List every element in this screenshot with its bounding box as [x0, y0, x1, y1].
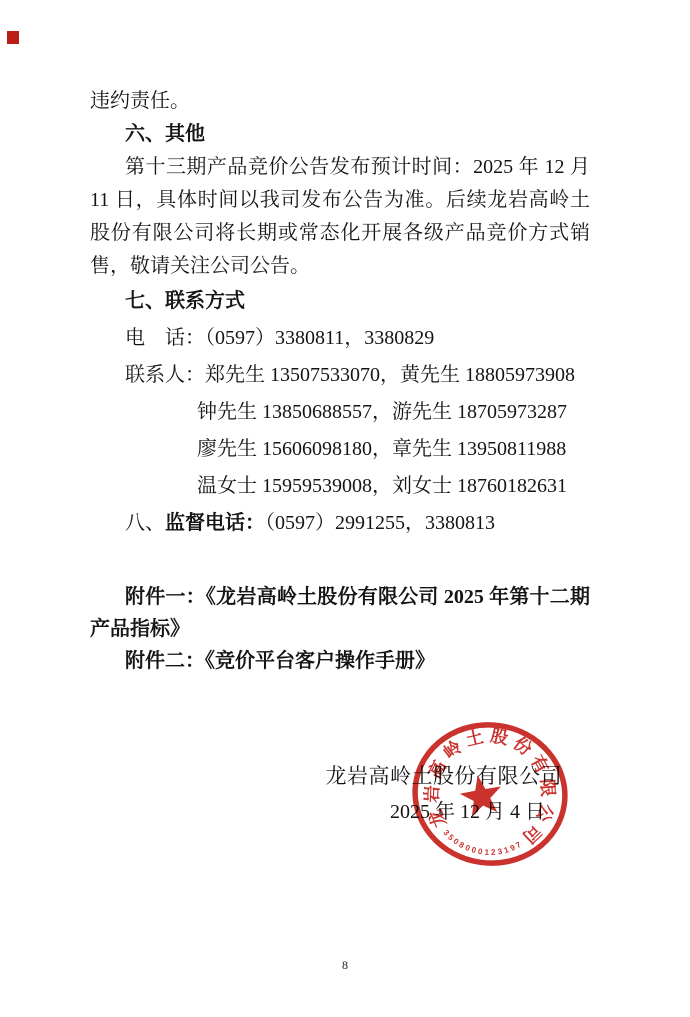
- document-page: 违约责任。 六、其他 第十三期产品竞价公告发布预计时间：2025 年 12 月 …: [0, 0, 690, 1017]
- contact-line-1: 联系人：郑先生 13507533070，黄先生 18805973908: [90, 357, 590, 394]
- attachment-one: 附件一：《龙岩高岭土股份有限公司 2025 年第十二期产品指标》: [90, 581, 590, 645]
- seal-serial-number: 3508000123197: [439, 827, 526, 862]
- contact-line-2: 钟先生 13850688557，游先生 18705973287: [90, 394, 590, 431]
- section-eight-prefix: 八、: [125, 512, 165, 534]
- company-seal: 龙岩高岭土股份有限公司 3508000123197: [410, 720, 570, 872]
- contact-line-3: 廖先生 15606098180，章先生 13950811988: [90, 431, 590, 468]
- section-eight-numbers: （0597）2991255，3380813: [265, 512, 495, 534]
- section-eight-label: 监督电话：: [165, 512, 265, 534]
- supervision-phone-line: 八、监督电话：（0597）2991255，3380813: [90, 505, 590, 542]
- document-body: 违约责任。 六、其他 第十三期产品竞价公告发布预计时间：2025 年 12 月 …: [90, 85, 590, 677]
- attachments-block: 附件一：《龙岩高岭土股份有限公司 2025 年第十二期产品指标》 附件二：《竞价…: [90, 581, 590, 677]
- attachment-two: 附件二：《竞价平台客户操作手册》: [90, 645, 590, 677]
- seal-star-icon: [457, 772, 505, 818]
- svg-text:3508000123197: 3508000123197: [439, 827, 526, 862]
- red-corner-mark: [7, 31, 19, 44]
- page-number: 8: [0, 958, 690, 973]
- contact-line-4: 温女士 15959539008，刘女士 18760182631: [90, 468, 590, 505]
- phone-line: 电 话：（0597）3380811，3380829: [90, 320, 590, 357]
- section-six-paragraph: 第十三期产品竞价公告发布预计时间：2025 年 12 月 11 日，具体时间以我…: [90, 151, 590, 283]
- paragraph-liability-continuation: 违约责任。: [90, 85, 590, 118]
- section-six-heading: 六、其他: [90, 118, 590, 151]
- section-seven-heading: 七、联系方式: [90, 283, 590, 320]
- contact-section: 七、联系方式 电 话：（0597）3380811，3380829 联系人：郑先生…: [90, 283, 590, 542]
